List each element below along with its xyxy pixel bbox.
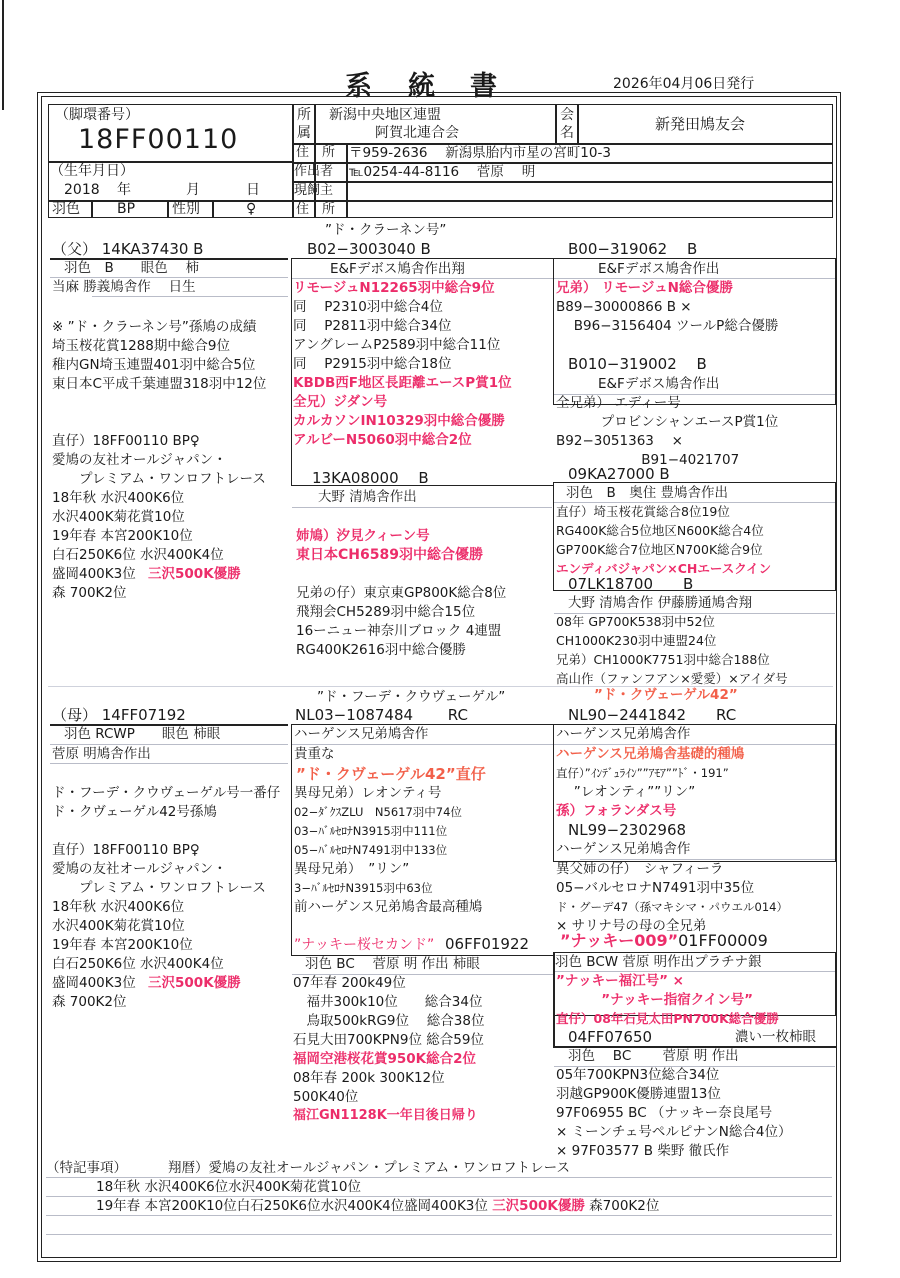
dam-breeder: 菅原 明鳩舎作出	[52, 745, 151, 763]
sire-note: 東日本C平成千葉連盟318羽中12位	[52, 375, 266, 393]
sire-sire-line: リモージュN12265羽中総合9位	[293, 279, 495, 297]
dam-dam-line: 500K40位	[293, 1088, 358, 1106]
dam-dam-line: 石見大田700KPN9位 総合59位	[293, 1031, 484, 1049]
sire-record: 水沢400K菊花賞10位	[52, 508, 185, 526]
sire-dam-line: RG400K2616羽中総合優勝	[296, 641, 466, 659]
ssd-line: B92−3051363 ×	[556, 432, 683, 450]
dds-line: 直仔）08年石見太田PN700K総合優勝	[556, 1010, 779, 1028]
sdd-id: 07LK18700 B	[568, 575, 693, 593]
dam-record-win: 三沢500K優勝	[148, 975, 241, 991]
sire-sire-line: 同 P2915羽中総合18位	[293, 355, 451, 373]
info-rule	[91, 200, 93, 218]
dam-sire-line: 05−ﾊﾞﾙｾﾛﾅN7491羽中133位	[294, 841, 447, 859]
dam-dam-id: 06FF01922	[445, 935, 529, 953]
sire-sire-name: ”ド・クラーネン号”	[325, 221, 446, 239]
club-name: 新発田鳩友会	[655, 115, 745, 133]
dam-dam-line: 福岡空港桜花賞950K総合2位	[293, 1050, 476, 1068]
ddd-eye: 濃い一枚柿眼	[735, 1028, 816, 1046]
remarks-line1: 翔暦）愛鳩の友社オールジャパン・プレミアム・ワンロフトレース	[168, 1159, 570, 1177]
dsd-line: 05−バルセロナN7491羽中35位	[556, 879, 754, 897]
affil-line1: 新潟中央地区連盟	[329, 106, 441, 124]
sex-value: ♀	[246, 200, 256, 218]
info-rule	[346, 143, 348, 218]
dam-dam-line: 福江GN1128K一年目後日帰り	[293, 1107, 478, 1125]
dss-line: 孫）フォランダス号	[556, 802, 676, 820]
remarks-line3-end: 森700K2位	[585, 1198, 660, 1214]
rule	[92, 296, 288, 297]
breeder-value: ℡0254-44-8116 菅原 明	[349, 163, 535, 181]
sdd-breeder: 大野 清鳩舎作 伊藤勝通鳩舎翔	[568, 594, 752, 612]
sire-record: 18年秋 水沢400K6位	[52, 489, 184, 507]
dam-sire-line: 異母兄弟）レオンティ号	[294, 784, 441, 802]
sds-breeder: 羽色 B 奥住 豊鳩舎作出	[566, 484, 728, 502]
sds-line: GP700K総合7位地区N700K総合9位	[556, 541, 763, 559]
address-value: 〒959-2636 新潟県胎内市星の宮町10-3	[349, 144, 611, 162]
dam-record: 18年秋 水沢400K6位	[52, 898, 184, 916]
sire-dam-line: 東日本CH6589羽中総合優勝	[296, 546, 483, 564]
breeder-label: 作出者	[294, 163, 333, 181]
sire-sire-line: 同 P2811羽中総合34位	[293, 317, 451, 335]
sds-line: 直仔）埼玉桜花賞総合8位19位	[556, 503, 730, 521]
dam-sire-line: 3−ﾊﾞﾙｾﾛﾅN3915羽中63位	[294, 879, 432, 897]
dss-line: 直仔）”ｲﾝﾃﾞｭﾗｲﾝ””ｱﾓｱ””ﾄﾞ・191”	[556, 764, 729, 782]
issue-date: 2026年04月06日発行	[613, 73, 754, 93]
dam-dam-line: 鳥取500kRG9位 総合38位	[293, 1012, 485, 1030]
club-label-1: 会	[560, 106, 574, 124]
sire-color: 羽色 B 眼色 柿	[64, 259, 199, 277]
remarks-line3-text: 19年春 本宮200K10位白石250K6位水沢400K4位盛岡400K3位	[96, 1198, 492, 1214]
sds-id: 09KA27000 B	[568, 465, 670, 483]
rule	[292, 507, 552, 508]
sire-sire-line: アングレームP2589羽中総合11位	[293, 336, 500, 354]
dam-record: 水沢400K菊花賞10位	[52, 917, 185, 935]
sire-record: 19年春 本宮200K10位	[52, 527, 193, 545]
sire-dam-breeder: 大野 清鳩舎作出	[318, 488, 417, 506]
address-label: 住 所	[296, 144, 335, 162]
sire-sire-line: カルカソンIN10329羽中総合優勝	[293, 412, 505, 430]
color-label: 羽色	[52, 200, 80, 218]
dds-name: ”ナッキー009”	[560, 931, 678, 950]
sire-sire-id: B02−3003040 B	[307, 240, 431, 258]
ddd-breeder: 羽色 BC 菅原 明 作出	[568, 1047, 739, 1065]
info-rule	[212, 200, 214, 218]
owner-label: 現飼主	[294, 182, 333, 200]
sdd-line: 兄弟）CH1000K7751羽中総合188位	[556, 651, 770, 669]
ssd-id: B010−319002 B	[568, 355, 707, 373]
ring-label: （脚環番号）	[55, 106, 139, 124]
sdd-line: 08年 GP700K538羽中52位	[556, 613, 715, 631]
dsd-id: NL99−2302968	[568, 821, 686, 839]
dam-sire-id: NL03−1087484 RC	[295, 706, 468, 724]
sire-dam-line: 16ーニュー神奈川ブロック 4連盟	[296, 622, 501, 640]
dds-line: ”ナッキー指宿クイン号”	[556, 991, 753, 1009]
sire-record-win: 三沢500K優勝	[148, 566, 241, 582]
dam-sire-line: 03−ﾊﾞﾙｾﾛﾅN3915羽中111位	[294, 822, 447, 840]
sire-dam-line: 飛翔会CH5289羽中総合15位	[296, 603, 475, 621]
ssd-line: 全兄弟） エディー号	[556, 394, 681, 412]
dam-sire-line: 前ハーゲンス兄弟鳩舎最高種鳩	[294, 898, 482, 916]
dss-breeder: ハーゲンス兄弟鳩舎作	[556, 725, 690, 743]
rule	[46, 1234, 832, 1235]
dam-id: （母） 14FF07192	[52, 706, 186, 724]
sire-record-last-text: 盛岡400K3位	[52, 566, 136, 582]
sss-line: B89−30000866 B ×	[556, 298, 692, 316]
ddd-box	[553, 1016, 836, 1017]
sire-sire-line: 同 P2310羽中総合4位	[293, 298, 443, 316]
dss-line: ”レオンティ””リン”	[556, 783, 695, 801]
dds-breeder: 羽色 BCW 菅原 明作出プラチナ銀	[555, 953, 762, 971]
day-unit: 日	[246, 181, 260, 199]
dam-record-head: 愛鳩の友社オールジャパン・	[52, 860, 227, 878]
sire-breeder: 当麻 勝義鳩舎作 日生	[52, 278, 196, 296]
sire-note: ※ ”ド・クラーネン号”孫鳩の成績	[52, 318, 256, 336]
affil-line2: 阿賀北連合会	[375, 124, 459, 142]
dam-sire-name: ”ド・フーデ・クウヴェーゲル”	[317, 688, 505, 706]
dds-header: ”ナッキー009”01FF00009	[560, 932, 768, 950]
dam-dam-breeder: 羽色 BC 菅原 明 作出 柿眼	[305, 955, 480, 973]
dam-note: ド・クヴェーゲル42号孫鳩	[52, 803, 217, 821]
dam-record-head: 直仔）18FF00110 BP♀	[52, 841, 200, 859]
sire-sire-line: KBDB西F地区長距離エースP賞1位	[293, 374, 512, 392]
dam-sire-breeder: ハーゲンス兄弟鳩舎作	[294, 725, 428, 743]
sire-record: 白石250K6位 水沢400K4位	[52, 546, 224, 564]
sire-dam-line: 兄弟の仔）東京東GP800K総合8位	[296, 584, 506, 602]
dam-record-last: 盛岡400K3位 三沢500K優勝	[52, 974, 241, 992]
sire-dam-id: 13KA08000 B	[312, 469, 429, 487]
rule	[553, 952, 555, 1047]
dam-note: ド・フーデ・クウヴェーゲル号一番仔	[52, 784, 280, 802]
ring-number: 18FF00110	[78, 124, 238, 155]
year-unit: 年	[117, 181, 131, 199]
remarks-win: 三沢500K優勝	[492, 1198, 585, 1214]
dam-sire-line: 異母兄弟） ”リン”	[294, 860, 409, 878]
sss-breeder: E&Fデボス鳩舎作出	[598, 260, 719, 278]
owner-address-label: 住 所	[296, 201, 335, 219]
sex-label: 性別	[172, 200, 200, 218]
ddd-line: × ミーンチェ号ペルピナンN総合4位）	[556, 1123, 791, 1141]
ddd-line: 05年700KPN3位総合34位	[556, 1066, 719, 1084]
dam-dam-line: 07年春 200k49位	[293, 974, 406, 992]
info-rule	[167, 200, 169, 218]
sire-sire-line: 全兄）ジダン号	[293, 393, 387, 411]
dam-color: 羽色 RCWP 眼色 柿眼	[64, 725, 220, 743]
birth-year: 2018	[64, 181, 100, 199]
ssd-line: プロビンシャンエースP賞1位	[556, 413, 778, 431]
dss-id: NL90−2441842 RC	[568, 706, 736, 724]
dam-dam-line: 08年春 200k 300K12位	[293, 1069, 445, 1087]
dsd-breeder: ハーゲンス兄弟鳩舎作	[556, 840, 690, 858]
dam-sire-line: 02−ﾀﾞｸｽZLU N5617羽中74位	[294, 803, 462, 821]
sire-record: 森 700K2位	[52, 584, 127, 602]
sire-record-last: 盛岡400K3位 三沢500K優勝	[52, 565, 241, 583]
sire-record-head: 愛鳩の友社オールジャパン・	[52, 451, 227, 469]
dam-dam-line: 福井300k10位 総合34位	[293, 993, 482, 1011]
color-value: BP	[117, 200, 135, 218]
dam-sire-line: 貴重な	[294, 745, 335, 763]
affil-label-1: 所	[297, 106, 311, 124]
rule	[50, 763, 288, 764]
sds-line: RG400K総合5位地区N600K総合4位	[556, 522, 764, 540]
sire-sire-line: アルビーN5060羽中総合2位	[293, 431, 472, 449]
remarks-line3: 19年春 本宮200K10位白石250K6位水沢400K4位盛岡400K3位 三…	[96, 1197, 659, 1215]
ddd-line: 97F06955 BC （ナッキー奈良尾号	[556, 1104, 772, 1122]
dam-record: 19年春 本宮200K10位	[52, 936, 193, 954]
sdd-line: CH1000K230羽中連盟24位	[556, 632, 716, 650]
dam-record-head: プレミアム・ワンロフトレース	[52, 879, 266, 897]
dsd-line: 異父姉の仔） シャフィーラ	[556, 860, 723, 878]
dsd-line: ド・グーデ47（孫マキシマ・パウエル014）	[556, 898, 788, 916]
dds-id: 01FF00009	[678, 931, 768, 950]
sire-note: 埼玉桜花賞1288期中総合9位	[52, 337, 230, 355]
affil-label-2: 属	[297, 124, 311, 142]
sss-id: B00−319062 B	[568, 240, 697, 258]
club-label-2: 名	[560, 124, 574, 142]
ddd-id: 04FF07650	[568, 1028, 652, 1046]
sire-record-head: プレミアム・ワンロフトレース	[52, 470, 266, 488]
info-rule	[577, 104, 579, 144]
sss-line: B96−3156404 ツールP総合優勝	[556, 317, 778, 335]
dds-line: ”ナッキー福江号” ×	[556, 972, 684, 990]
dss-line: ハーゲンス兄弟鳩舎基礎的種鳩	[556, 745, 744, 763]
info-rule	[292, 200, 833, 202]
page-edge-mark	[2, 0, 4, 110]
birth-label: （生年月日）	[50, 162, 134, 180]
dam-dam-name: ”ナッキー桜セカンド”	[294, 936, 434, 954]
info-rule	[292, 181, 833, 183]
dam-record-last-text: 盛岡400K3位	[52, 975, 136, 991]
ddd-line: × 97F03577 B 柴野 徹氏作	[556, 1142, 729, 1160]
dam-sire-line: ”ド・クヴェーゲル42”直仔	[296, 765, 486, 783]
sire-dam-line: 姉鳩）汐見クィーン号	[296, 527, 430, 545]
rule	[46, 1215, 832, 1216]
remarks-line2: 18年秋 水沢400K6位水沢400K菊花賞10位	[96, 1178, 361, 1196]
sss-line: 兄弟） リモージュN総合優勝	[556, 279, 733, 297]
info-rule	[555, 104, 557, 144]
sire-id: （父） 14KA37430 B	[52, 240, 203, 258]
sire-note: 稚内GN埼玉連盟401羽中総合5位	[52, 356, 255, 374]
month-unit: 月	[186, 181, 200, 199]
ssd-breeder: E&Fデボス鳩舎作出	[598, 375, 719, 393]
remarks-label: （特記事項）	[46, 1159, 127, 1177]
dam-record: 白石250K6位 水沢400K4位	[52, 955, 224, 973]
dss-name: ”ド・クヴェーゲル42”	[594, 686, 738, 704]
dam-record: 森 700K2位	[52, 993, 127, 1011]
ddd-line: 羽越GP900K優勝連盟13位	[556, 1085, 721, 1103]
sire-sire-breeder: E&Fデボス鳩舎作出翔	[330, 260, 465, 278]
sire-record-head: 直仔）18FF00110 BP♀	[52, 432, 200, 450]
